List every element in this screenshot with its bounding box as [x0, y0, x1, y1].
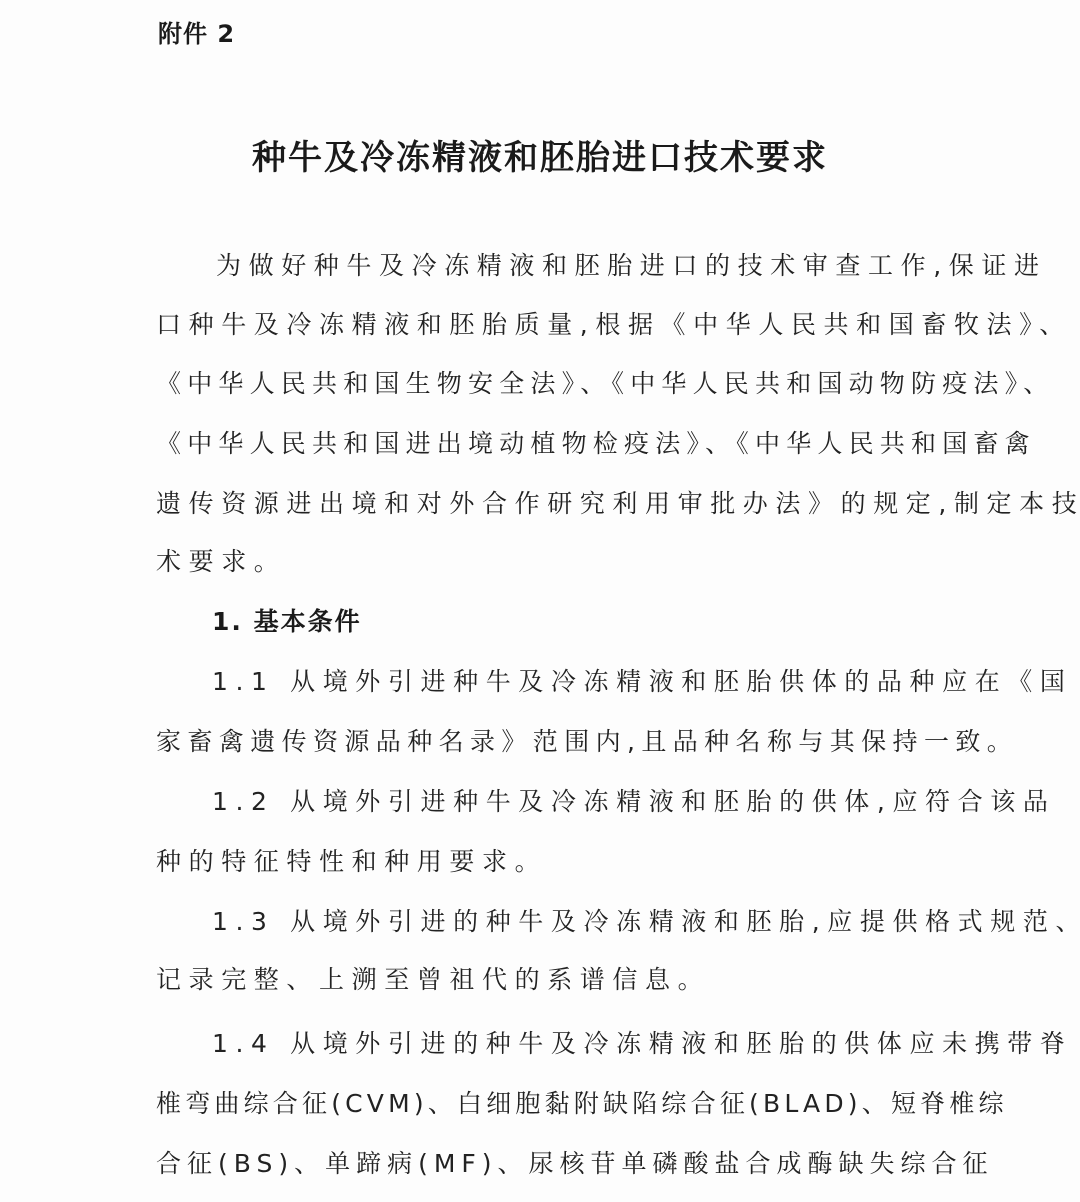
item-1-4-line: 合征(BS)、单蹄病(MF)、尿核苷单磷酸盐合成酶缺失综合征	[156, 1144, 994, 1180]
intro-line: 遗传资源进出境和对外合作研究利用审批办法》的规定,制定本技	[156, 484, 1080, 520]
document-title: 种牛及冷冻精液和胚胎进口技术要求	[0, 130, 1080, 179]
item-1-4-line: 1.4 从境外引进的种牛及冷冻精液和胚胎的供体应未携带脊	[212, 1024, 1073, 1060]
item-1-2-line: 种的特征特性和种用要求。	[156, 842, 547, 878]
intro-line: 口种牛及冷冻精液和胚胎质量,根据《中华人民共和国畜牧法》、	[156, 305, 1072, 341]
item-1-1-line: 1.1 从境外引进种牛及冷冻精液和胚胎供体的品种应在《国	[212, 662, 1073, 698]
intro-line: 《中华人民共和国生物安全法》、《中华人民共和国动物防疫法》、	[156, 364, 1055, 400]
document-page: 附件 2 种牛及冷冻精液和胚胎进口技术要求 为做好种牛及冷冻精液和胚胎进口的技术…	[0, 0, 1080, 1202]
intro-line: 《中华人民共和国进出境动植物检疫法》、《中华人民共和国畜禽	[156, 424, 1036, 460]
item-1-1-line: 家畜禽遗传资源品种名录》范围内,且品种名称与其保持一致。	[156, 722, 1018, 758]
intro-line: 为做好种牛及冷冻精液和胚胎进口的技术审查工作,保证进	[216, 246, 1047, 282]
intro-line: 术要求。	[156, 542, 286, 578]
item-1-3-line: 记录完整、上溯至曾祖代的系谱信息。	[156, 960, 710, 996]
attachment-label: 附件 2	[158, 14, 235, 49]
item-1-2-line: 1.2 从境外引进种牛及冷冻精液和胚胎的供体,应符合该品	[212, 782, 1055, 818]
item-1-4-line: 椎弯曲综合征(CVM)、白细胞黏附缺陷综合征(BLAD)、短脊椎综	[156, 1084, 1008, 1120]
item-1-3-line: 1.3 从境外引进的种牛及冷冻精液和胚胎,应提供格式规范、	[212, 902, 1080, 938]
section-heading: 1. 基本条件	[212, 602, 362, 638]
